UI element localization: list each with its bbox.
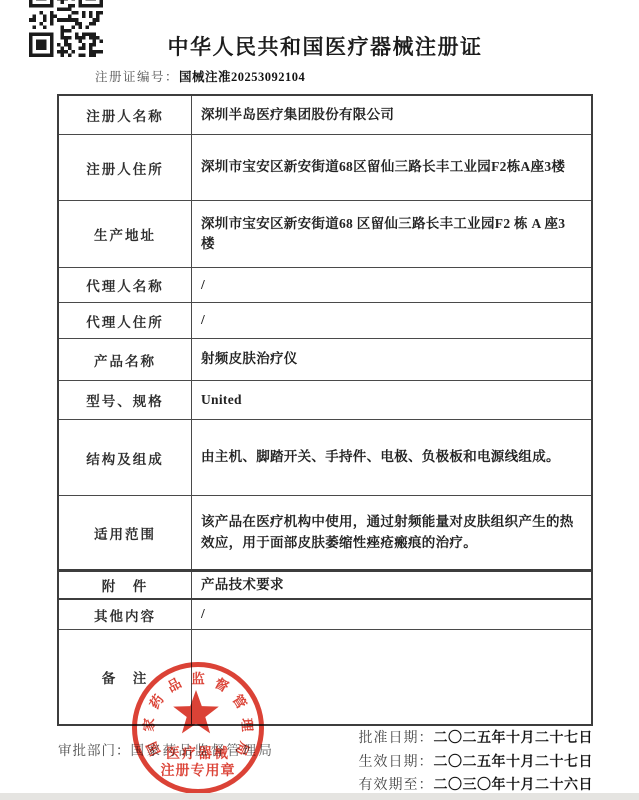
row-value: 射频皮肤治疗仪 bbox=[192, 339, 591, 380]
table-row: 代理人住所 / bbox=[59, 303, 591, 339]
approval-date-label: 批准日期： bbox=[359, 731, 434, 746]
row-value: 深圳市宝安区新安街道68 区留仙三路长丰工业园F2 栋 A 座3 楼 bbox=[192, 201, 591, 267]
page-edge-strip bbox=[0, 793, 639, 800]
certificate-number-label: 注册证编号： bbox=[95, 70, 179, 84]
row-label: 代理人名称 bbox=[59, 268, 192, 302]
certificate-number-line: 注册证编号：国械注准20253092104 bbox=[95, 67, 305, 85]
approval-department-value: 国家药品监督管理局 bbox=[131, 743, 275, 758]
effective-date-label: 生效日期： bbox=[359, 755, 434, 770]
table-row: 代理人名称 / bbox=[59, 268, 591, 303]
row-value: / bbox=[192, 600, 591, 629]
approval-department-label: 审批部门： bbox=[58, 743, 131, 758]
approval-date-value: 二〇二五年十月二十七日 bbox=[434, 731, 594, 746]
approval-department-line: 审批部门：国家药品监督管理局 bbox=[58, 739, 275, 759]
row-value: 该产品在医疗机构中使用，通过射频能量对皮肤组织产生的热效应，用于面部皮肤萎缩性痤… bbox=[192, 496, 591, 569]
row-label: 产品名称 bbox=[59, 339, 192, 380]
row-label: 适用范围 bbox=[59, 496, 192, 569]
table-row: 适用范围 该产品在医疗机构中使用，通过射频能量对皮肤组织产生的热效应，用于面部皮… bbox=[59, 496, 591, 572]
row-label: 注册人名称 bbox=[59, 96, 192, 134]
row-label: 代理人住所 bbox=[59, 303, 192, 338]
approval-date-line: 批准日期：二〇二五年十月二十七日 bbox=[359, 727, 594, 751]
row-label: 注册人住所 bbox=[59, 135, 192, 200]
effective-date-value: 二〇二五年十月二十七日 bbox=[434, 755, 594, 770]
table-row: 结构及组成 由主机、脚踏开关、手持件、电极、负极板和电源线组成。 bbox=[59, 420, 591, 496]
row-label: 其他内容 bbox=[59, 600, 192, 629]
row-label: 结构及组成 bbox=[59, 420, 192, 495]
row-value: / bbox=[192, 268, 591, 302]
table-row: 型号、规格 United bbox=[59, 381, 591, 420]
stamp-line2: 注册专用章 bbox=[161, 762, 236, 778]
certificate-number-value: 国械注准20253092104 bbox=[179, 70, 305, 84]
expiry-date-value: 二〇三〇年十月二十六日 bbox=[434, 778, 594, 793]
row-label: 生产地址 bbox=[59, 201, 192, 267]
table-row: 注册人名称 深圳半岛医疗集团股份有限公司 bbox=[59, 96, 591, 135]
row-value: / bbox=[192, 303, 591, 338]
row-value: United bbox=[192, 381, 591, 419]
row-value bbox=[192, 630, 591, 724]
row-value: 产品技术要求 bbox=[192, 572, 591, 598]
row-value: 深圳市宝安区新安街道68区留仙三路长丰工业园F2栋A座3楼 bbox=[192, 135, 591, 200]
table-row: 其他内容 / bbox=[59, 600, 591, 630]
expiry-date-label: 有效期至： bbox=[359, 778, 434, 793]
table-row: 附 件 产品技术要求 bbox=[59, 572, 591, 600]
dates-block: 批准日期：二〇二五年十月二十七日 生效日期：二〇二五年十月二十七日 有效期至：二… bbox=[359, 727, 594, 798]
certificate-page: 中华人民共和国医疗器械注册证 注册证编号：国械注准20253092104 注册人… bbox=[0, 0, 639, 800]
row-label: 型号、规格 bbox=[59, 381, 192, 419]
row-value: 深圳半岛医疗集团股份有限公司 bbox=[192, 96, 591, 134]
row-label: 附 件 bbox=[59, 572, 192, 598]
table-row: 备 注 bbox=[59, 630, 591, 724]
certificate-table: 注册人名称 深圳半岛医疗集团股份有限公司 注册人住所 深圳市宝安区新安街道68区… bbox=[57, 94, 593, 726]
row-label: 备 注 bbox=[59, 630, 192, 724]
certificate-title: 中华人民共和国医疗器械注册证 bbox=[57, 31, 593, 61]
table-row: 注册人住所 深圳市宝安区新安街道68区留仙三路长丰工业园F2栋A座3楼 bbox=[59, 135, 591, 201]
effective-date-line: 生效日期：二〇二五年十月二十七日 bbox=[359, 751, 594, 775]
row-value: 由主机、脚踏开关、手持件、电极、负极板和电源线组成。 bbox=[192, 420, 591, 495]
table-row: 产品名称 射频皮肤治疗仪 bbox=[59, 339, 591, 381]
table-row: 生产地址 深圳市宝安区新安街道68 区留仙三路长丰工业园F2 栋 A 座3 楼 bbox=[59, 201, 591, 268]
